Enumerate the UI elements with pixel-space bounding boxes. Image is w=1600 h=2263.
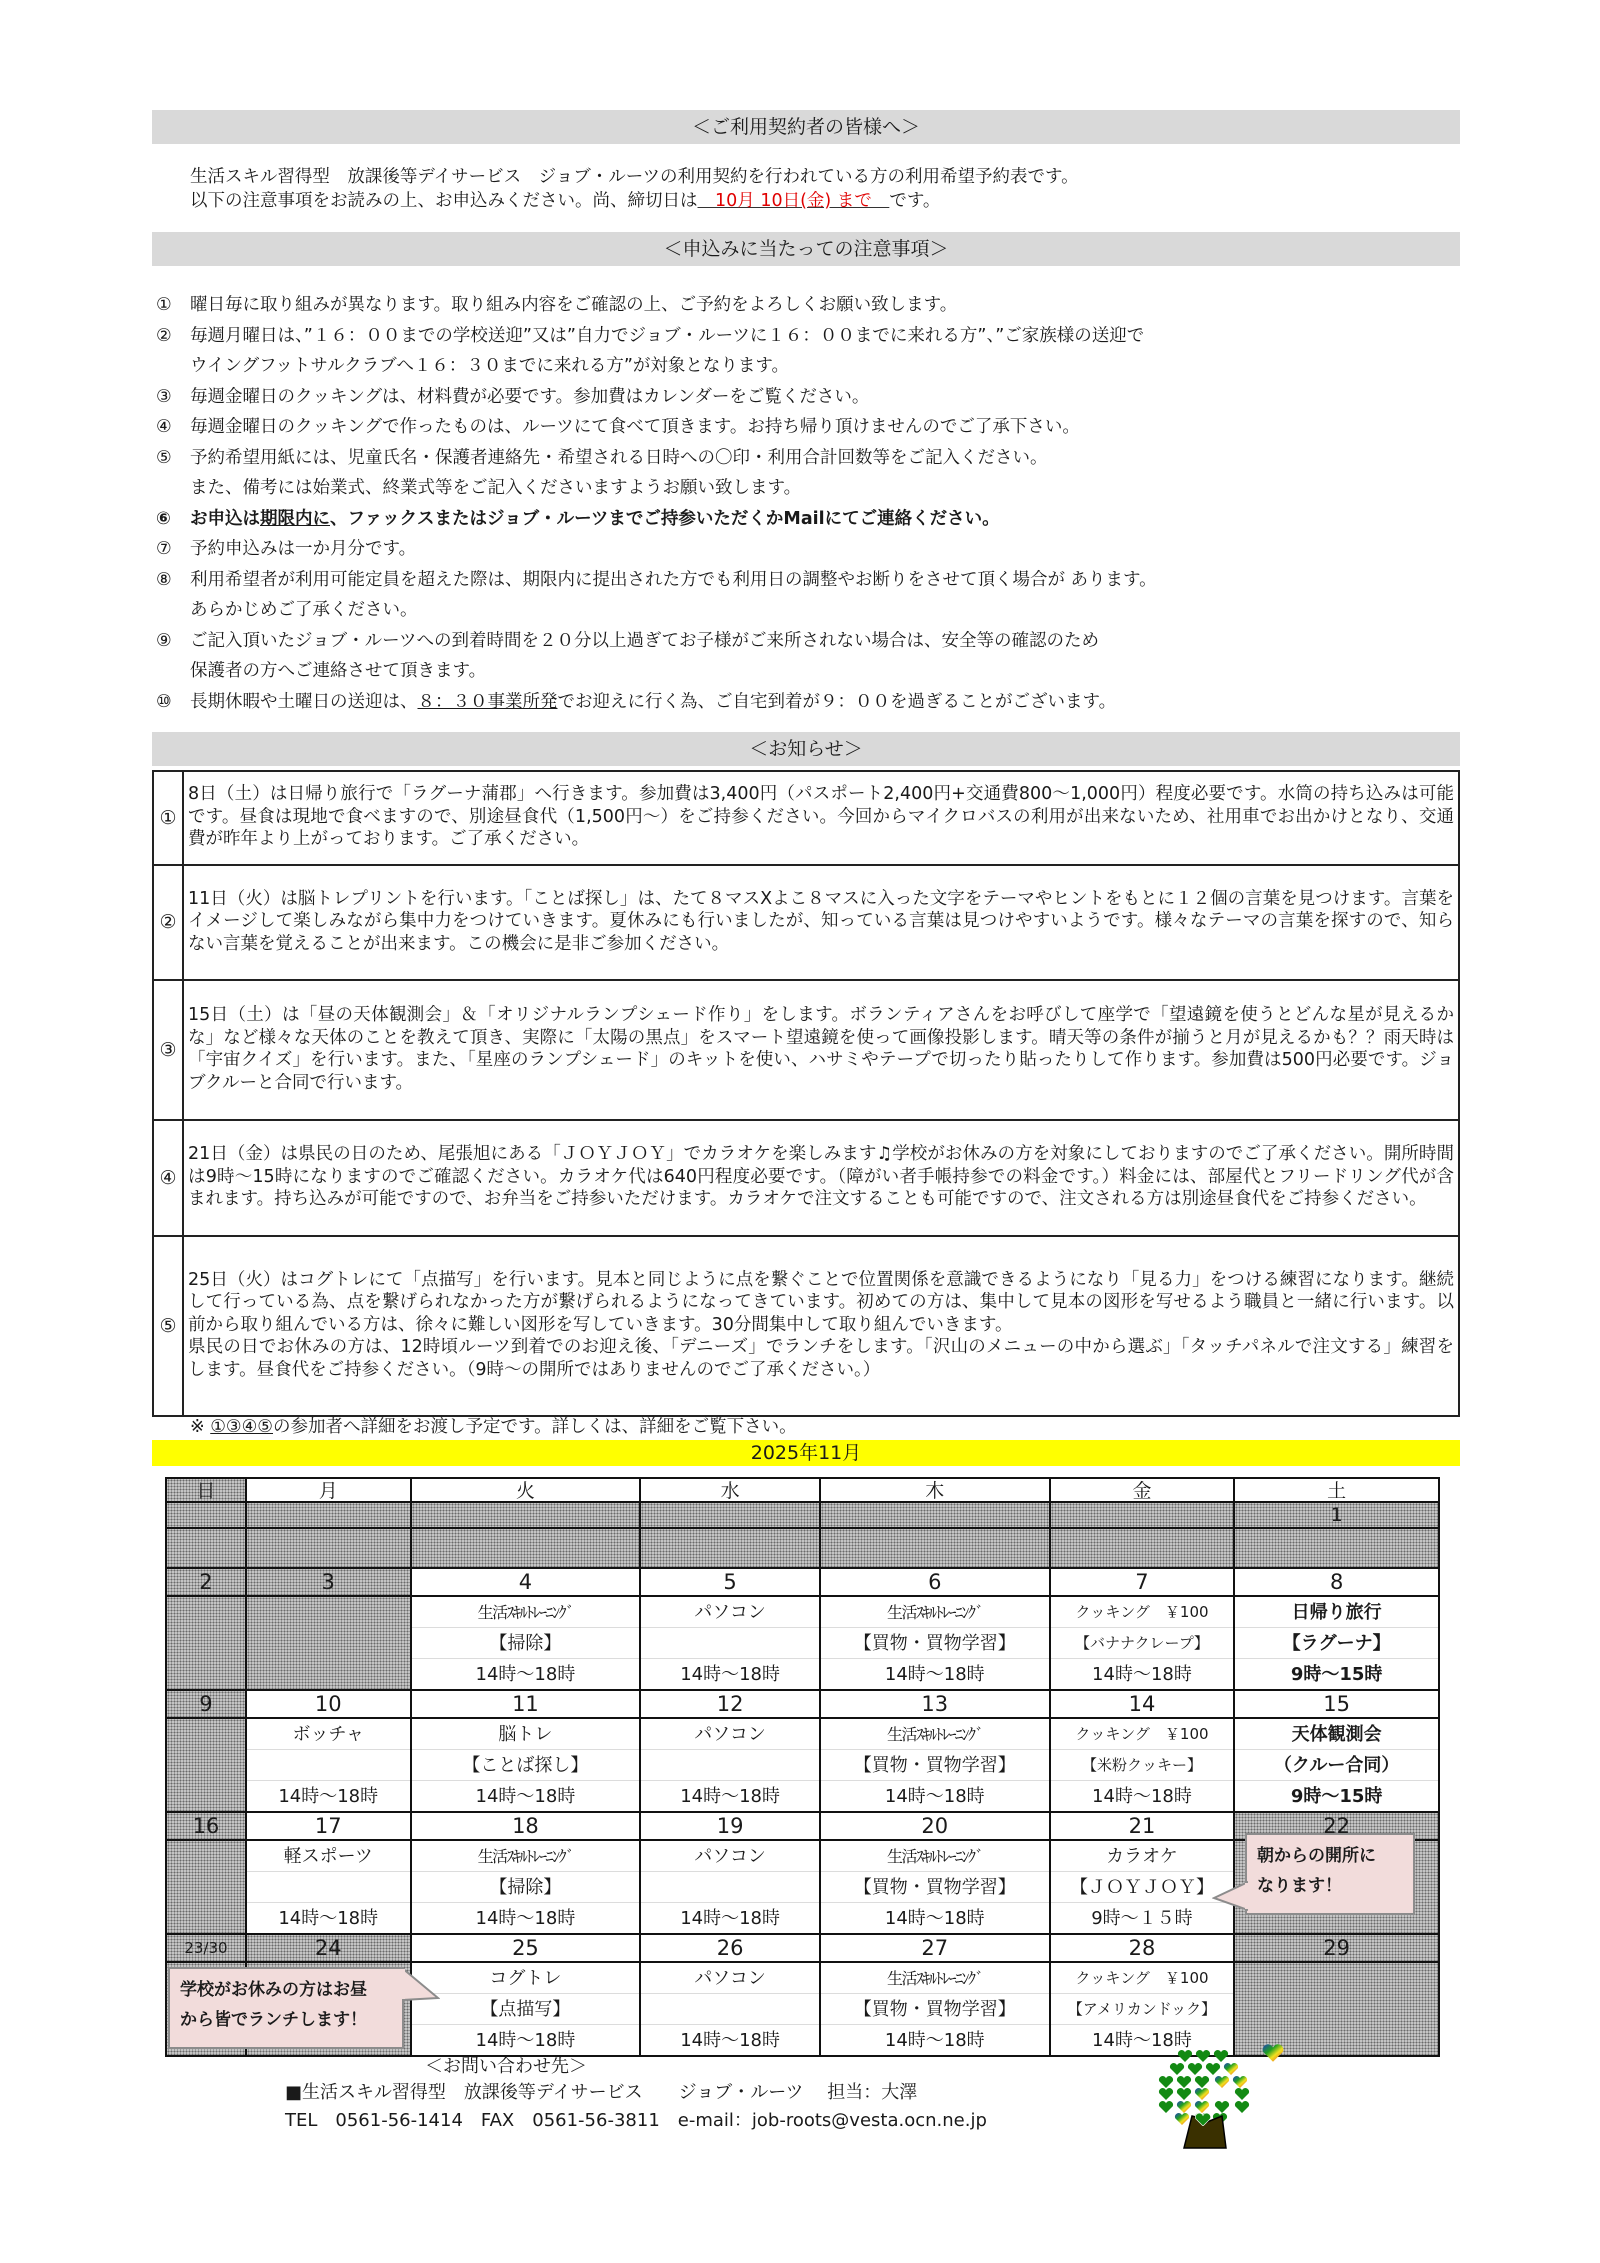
news-text: 25日（火）はコグトレにて「点描写」を行います。見本と同じように点を繋ぐことで位… [183, 1236, 1459, 1416]
activity-time: 9時～１５時 [1051, 1903, 1234, 1934]
news-row: ⑤ 25日（火）はコグトレにて「点描写」を行います。見本と同じように点を繋ぐこと… [153, 1236, 1459, 1416]
calendar-date-row: 9101112131415 [165, 1691, 1440, 1719]
date-cell[interactable]: 29 [1235, 1935, 1440, 1963]
date-cell[interactable]: 28 [1051, 1935, 1236, 1963]
activity-detail [247, 1872, 410, 1903]
activity-detail: 【掃除】 [412, 1628, 640, 1659]
activity-cell[interactable]: 日帰り旅行【ラグーナ】9時～15時 [1235, 1597, 1440, 1691]
activity-cell [167, 1597, 247, 1691]
note-text: 長期休暇や土曜日の送迎は、 [190, 692, 418, 712]
date-cell[interactable]: 3 [247, 1569, 412, 1597]
activity-cell[interactable]: 生活ｽｷﾙﾄﾚｰﾆﾝｸﾞ【掃除】14時～18時 [412, 1597, 642, 1691]
news-number: ④ [153, 1120, 183, 1236]
note-item: ②毎週月曜日は、”１６：００までの学校送迎”又は”自力でジョブ・ルーツに１６：０… [156, 321, 1466, 352]
date-cell[interactable]: 9 [167, 1691, 247, 1719]
date-cell[interactable]: 24 [247, 1935, 412, 1963]
calendar-date-row: 1 [165, 1503, 1440, 1529]
activity-name: パソコン [641, 1597, 819, 1628]
activity-detail [641, 1872, 819, 1903]
activity-name: カラオケ [1051, 1841, 1234, 1872]
date-cell[interactable]: 12 [641, 1691, 821, 1719]
activity-cell[interactable]: パソコン14時～18時 [641, 1841, 821, 1935]
activity-cell[interactable]: クッキング ￥100【バナナクレープ】14時～18時 [1051, 1597, 1236, 1691]
date-cell[interactable] [641, 1503, 821, 1529]
activity-cell [641, 1529, 821, 1569]
activity-detail: （クルー合同） [1235, 1750, 1438, 1781]
intro-line-2-end: です。 [889, 191, 940, 211]
activity-cell [821, 1529, 1051, 1569]
activity-time: 14時～18時 [641, 2025, 819, 2056]
note-text-underlined: ８：３０事業所発 [418, 692, 558, 712]
activity-detail: 【掃除】 [412, 1872, 640, 1903]
activity-time: 14時～18時 [641, 1903, 819, 1934]
news-text: 11日（火）は脳トレプリントを行います。「ことば探し」は、たて８マスXよこ８マス… [183, 865, 1459, 980]
weekday-header: 金 [1051, 1477, 1236, 1503]
activity-name: 生活ｽｷﾙﾄﾚｰﾆﾝｸﾞ [821, 1841, 1049, 1872]
activity-cell[interactable]: カラオケ【ＪＯＹＪＯＹ】9時～１５時 [1051, 1841, 1236, 1935]
note-text: ご記入頂いたジョブ・ルーツへの到着時間を２０分以上過ぎてお子様がご来所されない場… [190, 631, 1099, 651]
news-text-paragraph: 25日（火）はコグトレにて「点描写」を行います。見本と同じように点を繋ぐことで位… [188, 1269, 1454, 1337]
activity-cell[interactable]: 生活ｽｷﾙﾄﾚｰﾆﾝｸﾞ【買物・買物学習】14時～18時 [821, 1719, 1051, 1813]
activity-cell[interactable]: 生活ｽｷﾙﾄﾚｰﾆﾝｸﾞ【買物・買物学習】14時～18時 [821, 1597, 1051, 1691]
note-number: ⑥ [156, 504, 190, 535]
intro-text: 生活スキル習得型 放課後等デイサービス ジョブ・ルーツの利用契約を行われている方… [190, 165, 1079, 213]
activity-cell[interactable]: 脳トレ【ことば探し】14時～18時 [412, 1719, 642, 1813]
activity-time: 14時～18時 [821, 1903, 1049, 1934]
activity-name: 生活ｽｷﾙﾄﾚｰﾆﾝｸﾞ [821, 1719, 1049, 1750]
note-number: ④ [156, 412, 190, 443]
activity-cell[interactable]: パソコン14時～18時 [641, 1597, 821, 1691]
activity-cell[interactable]: パソコン14時～18時 [641, 1719, 821, 1813]
activity-name: 脳トレ [412, 1719, 640, 1750]
contact-organization: ■生活スキル習得型 放課後等デイサービス ジョブ・ルーツ 担当：大澤 [285, 2079, 987, 2107]
weekday-header: 火 [412, 1477, 642, 1503]
note-number: ⑨ [156, 626, 190, 657]
date-cell[interactable]: 20 [821, 1813, 1051, 1841]
activity-cell[interactable]: パソコン14時～18時 [641, 1963, 821, 2057]
activity-name: パソコン [641, 1841, 819, 1872]
remark-prefix: ※ [190, 1417, 210, 1437]
activity-time: 14時～18時 [1051, 1781, 1234, 1812]
note-number: ① [156, 290, 190, 321]
heart-tree-logo-icon [1150, 2040, 1300, 2170]
news-row: ④ 21日（金）は県民の日のため、尾張旭にある「ＪＯＹＪＯＹ」でカラオケを楽しみ… [153, 1120, 1459, 1236]
date-cell[interactable]: 5 [641, 1569, 821, 1597]
activity-cell[interactable]: 生活ｽｷﾙﾄﾚｰﾆﾝｸﾞ【買物・買物学習】14時～18時 [821, 1963, 1051, 2057]
activity-name: パソコン [641, 1719, 819, 1750]
callout-morning-open: 朝からの開所に なります！ [1245, 1833, 1415, 1915]
calendar-date-row: 2345678 [165, 1569, 1440, 1597]
activity-cell [1051, 1529, 1236, 1569]
activity-detail: 【バナナクレープ】 [1051, 1628, 1234, 1659]
activity-name: 軽スポーツ [247, 1841, 410, 1872]
note-number: ⑧ [156, 565, 190, 596]
activity-name: 生活ｽｷﾙﾄﾚｰﾆﾝｸﾞ [821, 1963, 1049, 1994]
activity-time: 14時～18時 [641, 1781, 819, 1812]
callout-tail-icon [1212, 1880, 1248, 1914]
date-cell[interactable]: 2 [167, 1569, 247, 1597]
note-continuation: 保護者の方へご連絡させて頂きます。 [156, 656, 1466, 687]
activity-cell[interactable]: 天体観測会（クルー合同）9時～15時 [1235, 1719, 1440, 1813]
activity-cell [167, 1841, 247, 1935]
activity-detail [641, 1750, 819, 1781]
date-cell[interactable]: 7 [1051, 1569, 1236, 1597]
note-item: ③毎週金曜日のクッキングは、材料費が必要です。参加費はカレンダーをご覧ください。 [156, 382, 1466, 413]
note-text-underlined: 期限内に [260, 509, 330, 529]
activity-name: 生活ｽｷﾙﾄﾚｰﾆﾝｸﾞ [821, 1597, 1049, 1628]
activity-time: 14時～18時 [247, 1781, 410, 1812]
callout-line: なります！ [1257, 1871, 1403, 1901]
callout-line: 学校がお休みの方はお昼 [180, 1975, 392, 2005]
activity-name: コグトレ [412, 1963, 640, 1994]
date-cell[interactable]: 25 [412, 1935, 642, 1963]
activity-time: 9時～15時 [1235, 1781, 1438, 1812]
notes-list: ①曜日毎に取り組みが異なります。取り組み内容をご確認の上、ご予約をよろしくお願い… [156, 290, 1466, 717]
contact-phone-email: TEL 0561-56-1414 FAX 0561-56-3811 e-mail… [285, 2107, 987, 2135]
note-item: ⑧利用希望者が利用可能定員を超えた際は、期限内に提出された方でも利用日の調整やお… [156, 565, 1466, 596]
date-cell[interactable] [167, 1503, 247, 1529]
activity-name: 日帰り旅行 [1235, 1597, 1438, 1628]
news-row: ③ 15日（土）は「昼の天体観測会」＆「オリジナルランプシェード作り」をします。… [153, 980, 1459, 1120]
remark-numbers: ①③④⑤ [210, 1417, 273, 1437]
date-cell[interactable] [821, 1503, 1051, 1529]
note-number: ② [156, 321, 190, 352]
activity-name: クッキング ￥100 [1051, 1963, 1234, 1994]
news-row: ① 8日（土）は日帰り旅行で「ラグーナ蒲郡」へ行きます。参加費は3,400円（パ… [153, 771, 1459, 865]
activity-time: 14時～18時 [412, 1659, 640, 1690]
activity-detail: 【買物・買物学習】 [821, 1994, 1049, 2025]
activity-cell[interactable]: コグトレ【点描写】14時～18時 [412, 1963, 642, 2057]
note-number: ⑦ [156, 534, 190, 565]
news-table: ① 8日（土）は日帰り旅行で「ラグーナ蒲郡」へ行きます。参加費は3,400円（パ… [152, 770, 1460, 1417]
note-item: ⑨ご記入頂いたジョブ・ルーツへの到着時間を２０分以上過ぎてお子様がご来所されない… [156, 626, 1466, 657]
activity-time: 9時～15時 [1235, 1659, 1438, 1690]
note-number: ⑩ [156, 687, 190, 718]
date-cell[interactable]: 4 [412, 1569, 642, 1597]
note-item: ④毎週金曜日のクッキングで作ったものは、ルーツにて食べて頂きます。お持ち帰り頂け… [156, 412, 1466, 443]
weekday-header: 月 [247, 1477, 412, 1503]
activity-time: 14時～18時 [821, 1781, 1049, 1812]
date-cell[interactable]: 27 [821, 1935, 1051, 1963]
activity-time: 14時～18時 [247, 1903, 410, 1934]
activity-detail: 【買物・買物学習】 [821, 1628, 1049, 1659]
note-text: 利用希望者が利用可能定員を超えた際は、期限内に提出された方でも利用日の調整やお断… [190, 570, 1157, 590]
activity-cell[interactable]: ボッチャ14時～18時 [247, 1719, 412, 1813]
note-item: ①曜日毎に取り組みが異なります。取り組み内容をご確認の上、ご予約をよろしくお願い… [156, 290, 1466, 321]
contact-title: ＜お問い合わせ先＞ [285, 2055, 987, 2079]
remark-note: ※ ①③④⑤の参加者へ詳細をお渡し予定です。詳しくは、詳細をご覧下さい。 [190, 1413, 797, 1438]
callout-lunch: 学校がお休みの方はお昼 から皆でランチします！ [168, 1967, 404, 2049]
note-number: ③ [156, 382, 190, 413]
activity-cell[interactable]: クッキング ￥100【米粉クッキー】14時～18時 [1051, 1719, 1236, 1813]
note-text: 毎週金曜日のクッキングは、材料費が必要です。参加費はカレンダーをご覧ください。 [190, 387, 869, 407]
note-text: お申込は [190, 509, 260, 529]
activity-name: 天体観測会 [1235, 1719, 1438, 1750]
date-cell[interactable]: 18 [412, 1813, 642, 1841]
date-cell[interactable]: 15 [1235, 1691, 1440, 1719]
activity-detail [641, 1994, 819, 2025]
date-cell[interactable]: 16 [167, 1813, 247, 1841]
date-cell[interactable]: 19 [641, 1813, 821, 1841]
news-number: ⑤ [153, 1236, 183, 1416]
date-cell[interactable]: 17 [247, 1813, 412, 1841]
note-item: ⑩長期休暇や土曜日の送迎は、８：３０事業所発でお迎えに行く為、ご自宅到着が９：０… [156, 687, 1466, 718]
intro-line-1: 生活スキル習得型 放課後等デイサービス ジョブ・ルーツの利用契約を行われている方… [190, 165, 1079, 189]
date-cell[interactable]: 8 [1235, 1569, 1440, 1597]
activity-cell [247, 1597, 412, 1691]
deadline-date: 10月 10日(金) まで [698, 191, 890, 211]
calendar-activity-row: 生活ｽｷﾙﾄﾚｰﾆﾝｸﾞ【掃除】14時～18時パソコン14時～18時生活ｽｷﾙﾄ… [165, 1597, 1440, 1691]
date-cell[interactable] [1051, 1503, 1236, 1529]
note-continuation: また、備考には始業式、終業式等をご記入くださいますようお願い致します。 [156, 473, 1466, 504]
news-row: ② 11日（火）は脳トレプリントを行います。「ことば探し」は、たて８マスXよこ８… [153, 865, 1459, 980]
note-text: 、ファックスまたはジョブ・ルーツまでご持参いただくかMailにてご連絡ください。 [330, 509, 1000, 529]
calendar-activity-row [165, 1529, 1440, 1569]
weekday-header: 日 [167, 1477, 247, 1503]
activity-cell [1235, 1529, 1440, 1569]
activity-time: 14時～18時 [412, 2025, 640, 2056]
note-text: 曜日毎に取り組みが異なります。取り組み内容をご確認の上、ご予約をよろしくお願い致… [190, 295, 957, 315]
weekday-header: 木 [821, 1477, 1051, 1503]
activity-time: 14時～18時 [821, 2025, 1049, 2056]
date-cell[interactable]: 13 [821, 1691, 1051, 1719]
date-cell[interactable]: 1 [1235, 1503, 1440, 1529]
activity-name: ボッチャ [247, 1719, 410, 1750]
activity-name: 生活ｽｷﾙﾄﾚｰﾆﾝｸﾞ [412, 1597, 640, 1628]
news-number: ① [153, 771, 183, 865]
news-text: 21日（金）は県民の日のため、尾張旭にある「ＪＯＹＪＯＹ」でカラオケを楽しみます… [183, 1120, 1459, 1236]
intro-line-2: 以下の注意事項をお読みの上、お申込みください。尚、締切日は 10月 10日(金)… [190, 189, 1079, 213]
activity-detail: 【ことば探し】 [412, 1750, 640, 1781]
activity-detail: 【点描写】 [412, 1994, 640, 2025]
weekday-header: 土 [1235, 1477, 1440, 1503]
news-number: ② [153, 865, 183, 980]
note-text: 毎週金曜日のクッキングで作ったものは、ルーツにて食べて頂きます。お持ち帰り頂けま… [190, 417, 1080, 437]
activity-cell [167, 1529, 247, 1569]
date-cell[interactable]: 21 [1051, 1813, 1236, 1841]
activity-cell [167, 1719, 247, 1813]
news-text: 8日（土）は日帰り旅行で「ラグーナ蒲郡」へ行きます。参加費は3,400円（パスポ… [183, 771, 1459, 865]
activity-time: 14時～18時 [821, 1659, 1049, 1690]
remark-text: の参加者へ詳細をお渡し予定です。詳しくは、詳細をご覧下さい。 [273, 1417, 797, 1437]
calendar-month-title: 2025年11月 [152, 1440, 1460, 1466]
weekday-header: 水 [641, 1477, 821, 1503]
date-cell[interactable] [247, 1503, 412, 1529]
date-cell[interactable]: 6 [821, 1569, 1051, 1597]
greeting-header: ＜ご利用契約者の皆様へ＞ [152, 110, 1460, 144]
calendar-activity-row: ボッチャ14時～18時脳トレ【ことば探し】14時～18時パソコン14時～18時生… [165, 1719, 1440, 1813]
note-item: ⑥お申込は期限内に、ファックスまたはジョブ・ルーツまでご持参いただくかMailに… [156, 504, 1466, 535]
intro-line-2-text: 以下の注意事項をお読みの上、お申込みください。尚、締切日は [190, 191, 698, 211]
activity-detail: 【ラグーナ】 [1235, 1628, 1438, 1659]
activity-cell[interactable]: 生活ｽｷﾙﾄﾚｰﾆﾝｸﾞ【買物・買物学習】14時～18時 [821, 1841, 1051, 1935]
date-cell[interactable]: 11 [412, 1691, 642, 1719]
notes-header: ＜申込みに当たっての注意事項＞ [152, 232, 1460, 266]
activity-time: 14時～18時 [1051, 1659, 1234, 1690]
date-cell[interactable]: 23/30 [167, 1935, 247, 1963]
calendar-date-row: 23/30242526272829 [165, 1935, 1440, 1963]
activity-cell[interactable]: 軽スポーツ14時～18時 [247, 1841, 412, 1935]
activity-detail: 【アメリカンドック】 [1051, 1994, 1234, 2025]
calendar-weekday-row: 日月火水木金土 [165, 1477, 1440, 1503]
date-cell[interactable]: 14 [1051, 1691, 1236, 1719]
activity-detail [247, 1750, 410, 1781]
news-text: 15日（土）は「昼の天体観測会」＆「オリジナルランプシェード作り」をします。ボラ… [183, 980, 1459, 1120]
callout-tail-icon [402, 1964, 440, 2004]
activity-cell[interactable]: 生活ｽｷﾙﾄﾚｰﾆﾝｸﾞ【掃除】14時～18時 [412, 1841, 642, 1935]
news-header: ＜お知らせ＞ [152, 732, 1460, 766]
note-continuation: あらかじめご了承ください。 [156, 595, 1466, 626]
activity-time: 14時～18時 [412, 1781, 640, 1812]
activity-name: 生活ｽｷﾙﾄﾚｰﾆﾝｸﾞ [412, 1841, 640, 1872]
news-text-paragraph: 県民の日でお休みの方は、12時頃ルーツ到着でのお迎え後、「デニーズ」でランチをし… [188, 1336, 1454, 1381]
note-text: 予約希望用紙には、児童氏名・保護者連絡先・希望される日時への〇印・利用合計回数等… [190, 448, 1048, 468]
contact-info: ＜お問い合わせ先＞ ■生活スキル習得型 放課後等デイサービス ジョブ・ルーツ 担… [285, 2055, 987, 2135]
note-text: 毎週月曜日は、”１６：００までの学校送迎”又は”自力でジョブ・ルーツに１６：００… [190, 326, 1144, 346]
activity-name: クッキング ￥100 [1051, 1719, 1234, 1750]
note-continuation: ウイングフットサルクラブへ１６：３０までに来れる方”が対象となります。 [156, 351, 1466, 382]
activity-cell [247, 1529, 412, 1569]
activity-name: クッキング ￥100 [1051, 1597, 1234, 1628]
note-text: でお迎えに行く為、ご自宅到着が９：００を過ぎることがございます。 [558, 692, 1117, 712]
date-cell[interactable]: 26 [641, 1935, 821, 1963]
note-number: ⑤ [156, 443, 190, 474]
activity-name: パソコン [641, 1963, 819, 1994]
news-number: ③ [153, 980, 183, 1120]
activity-detail: 【ＪＯＹＪＯＹ】 [1051, 1872, 1234, 1903]
activity-time: 14時～18時 [641, 1659, 819, 1690]
date-cell[interactable] [412, 1503, 642, 1529]
activity-detail: 【買物・買物学習】 [821, 1872, 1049, 1903]
activity-detail [641, 1628, 819, 1659]
note-item: ⑤予約希望用紙には、児童氏名・保護者連絡先・希望される日時への〇印・利用合計回数… [156, 443, 1466, 474]
activity-detail: 【買物・買物学習】 [821, 1750, 1049, 1781]
callout-line: から皆でランチします！ [180, 2005, 392, 2035]
note-text: 予約申込みは一か月分です。 [190, 539, 416, 559]
activity-time: 14時～18時 [412, 1903, 640, 1934]
activity-detail: 【米粉クッキー】 [1051, 1750, 1234, 1781]
callout-line: 朝からの開所に [1257, 1841, 1403, 1871]
activity-cell [412, 1529, 642, 1569]
note-item: ⑦予約申込みは一か月分です。 [156, 534, 1466, 565]
date-cell[interactable]: 10 [247, 1691, 412, 1719]
